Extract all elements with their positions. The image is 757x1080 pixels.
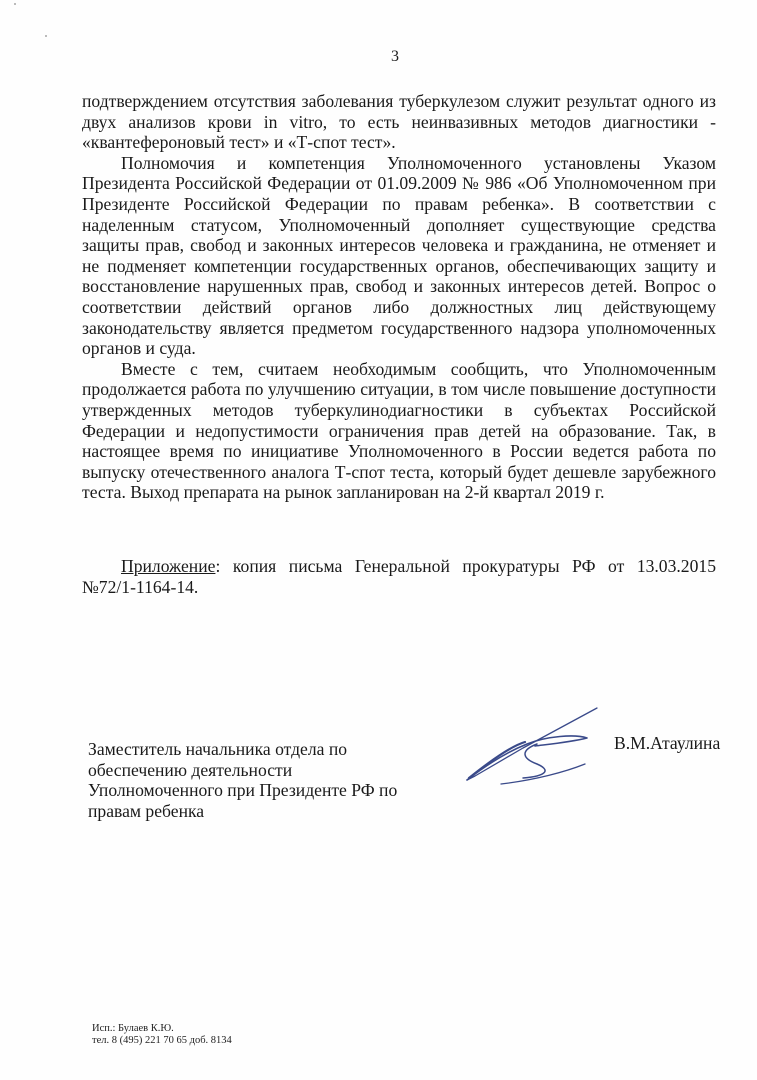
attachment-separator: : — [215, 556, 232, 576]
scan-artifact — [14, 3, 16, 5]
executor-info: Исп.: Булаев К.Ю. тел. 8 (495) 221 70 65… — [92, 1023, 232, 1047]
signatory-name: В.М.Атаулина — [614, 733, 720, 754]
attachment-label: Приложение — [121, 556, 215, 576]
executor-name: Исп.: Булаев К.Ю. — [92, 1023, 232, 1035]
scan-artifact — [45, 35, 47, 37]
paragraph-continuation: подтверждением отсутствия заболевания ту… — [82, 91, 716, 153]
attachment-note: Приложение: копия письма Генеральной про… — [82, 556, 716, 597]
position-line: правам ребенка — [88, 801, 448, 822]
signatory-position: Заместитель начальника отдела по обеспеч… — [88, 739, 448, 821]
position-line: Заместитель начальника отдела по — [88, 739, 448, 760]
position-line: Уполномоченного при Президенте РФ по — [88, 780, 448, 801]
executor-phone: тел. 8 (495) 221 70 65 доб. 8134 — [92, 1035, 232, 1047]
paragraph-authority: Полномочия и компетенция Уполномоченного… — [82, 153, 716, 359]
handwritten-signature-icon — [455, 700, 605, 785]
letter-body: подтверждением отсутствия заболевания ту… — [82, 91, 716, 503]
position-line: обеспечению деятельности — [88, 760, 448, 781]
document-page: 3 подтверждением отсутствия заболевания … — [0, 0, 757, 1080]
paragraph-ongoing-work: Вместе с тем, считаем необходимым сообщи… — [82, 359, 716, 503]
page-number: 3 — [0, 48, 757, 66]
